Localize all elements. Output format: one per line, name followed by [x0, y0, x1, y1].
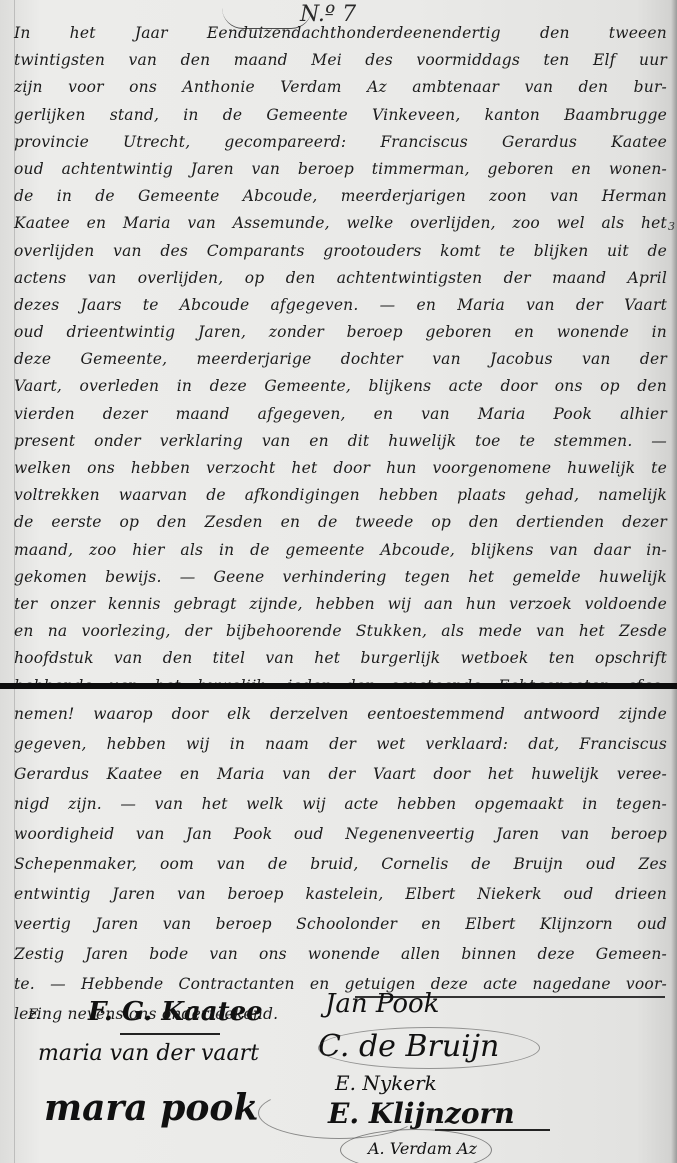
text-line: nemen! waarop door elk derzelven eentoes… — [14, 699, 667, 729]
signature-underline — [435, 1129, 550, 1131]
text-line: oud achtentwintig Jaren van beroep timme… — [14, 156, 667, 183]
signature-witness-jan-pook: Jan Pook — [325, 989, 439, 1019]
signature-groom-prefix: F. — [28, 1007, 40, 1023]
text-line: gegeven, hebben wij in naam der wet verk… — [14, 729, 667, 759]
text-line: Kaatee en Maria van Assemunde, welke ove… — [14, 210, 667, 237]
signature-block: F. F. G. Kaatee maria van der vaart mara… — [0, 989, 677, 1159]
text-line: gerlijken stand, in de Gemeente Vinkevee… — [14, 102, 667, 129]
text-line: Vaart, overleden in deze Gemeente, blijk… — [14, 373, 667, 400]
page-top: N.º 7 In het Jaar Eenduizendachthonderde… — [0, 0, 677, 683]
text-line: maand, zoo hier als in de gemeente Abcou… — [14, 537, 667, 564]
text-line: hoofdstuk van den titel van het burgerli… — [14, 645, 667, 672]
text-line: overlijden van des Comparants grootouder… — [14, 238, 667, 265]
scanned-document: N.º 7 In het Jaar Eenduizendachthonderde… — [0, 0, 677, 1163]
text-line: woordigheid van Jan Pook oud Negenenveer… — [14, 819, 667, 849]
text-line: oud drieentwintig Jaren, zonder beroep g… — [14, 319, 667, 346]
text-line: twintigsten van den maand Mei des voormi… — [14, 47, 667, 74]
text-line: veertig Jaren van beroep Schoolonder en … — [14, 909, 667, 939]
signature-underline — [120, 1033, 220, 1035]
record-text-top: In het Jaar Eenduizendachthonderdeenende… — [14, 20, 667, 683]
text-line: vierden dezer maand afgegeven, en van Ma… — [14, 401, 667, 428]
text-line: Schepenmaker, oom van de bruid, Cornelis… — [14, 849, 667, 879]
signature-flourish — [318, 1027, 540, 1069]
text-line: present onder verklaring van en dit huwe… — [14, 428, 667, 455]
text-line: actens van overlijden, op den achtentwin… — [14, 265, 667, 292]
text-line: welken ons hebben verzocht het door hun … — [14, 455, 667, 482]
signature-flourish — [340, 1129, 492, 1163]
signature-bride: maria van der vaart — [38, 1041, 259, 1066]
text-line: entwintig Jaren van beroep kastelein, El… — [14, 879, 667, 909]
record-text-bottom: nemen! waarop door elk derzelven eentoes… — [14, 699, 667, 1029]
text-line: nigd zijn. — van het welk wij acte hebbe… — [14, 789, 667, 819]
text-line: hebbende van het huwelijk, ieder der aan… — [14, 673, 667, 684]
text-line-bride-name: dezes Jaars te Abcoude afgegeven. — en M… — [14, 292, 667, 319]
text-line: Zestig Jaren bode van ons wonende allen … — [14, 939, 667, 969]
text-line: In het Jaar Eenduizendachthonderdeenende… — [14, 20, 667, 47]
text-line: ter onzer kennis gebragt zijnde, hebben … — [14, 591, 667, 618]
page-edge-shadow — [671, 0, 677, 683]
text-line: en na voorlezing, der bijbehoorende Stuk… — [14, 618, 667, 645]
text-line: gekomen bewijs. — Geene verhindering teg… — [14, 564, 667, 591]
signature-groom: F. G. Kaatee — [88, 997, 263, 1027]
text-line: deze Gemeente, meerderjarige dochter van… — [14, 346, 667, 373]
text-line: voltrekken waarvan de afkondigingen hebb… — [14, 482, 667, 509]
margin-note: 3 — [668, 220, 675, 233]
text-line: de eerste op den Zesden en de tweede op … — [14, 509, 667, 536]
text-line-groom-name: provincie Utrecht, gecompareerd: Francis… — [14, 129, 667, 156]
text-line: zijn voor ons Anthonie Verdam Az ambtena… — [14, 74, 667, 101]
text-line: Gerardus Kaatee en Maria van der Vaart d… — [14, 759, 667, 789]
signature-bride-mother: mara pook — [44, 1087, 258, 1129]
text-line: de in de Gemeente Abcoude, meerderjarige… — [14, 183, 667, 210]
page-bottom: nemen! waarop door elk derzelven eentoes… — [0, 689, 677, 1163]
